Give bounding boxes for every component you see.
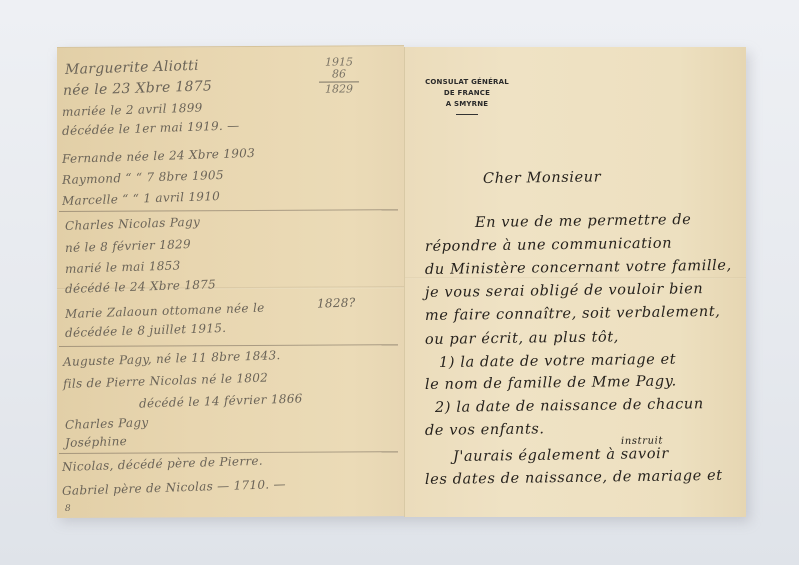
letterhead-line-3: A SMYRNE (423, 99, 511, 110)
note-line: Gabriel père de Nicolas — 1710. — (62, 477, 286, 498)
note-line: décédé le 24 Xbre 1875 (65, 277, 216, 296)
note-line: fils de Pierre Nicolas né le 1802 (63, 371, 268, 391)
note-line: Joséphine (65, 434, 127, 450)
left-page-genealogy-notes: 1915 86 1829 Marguerite Aliotti née le 2… (57, 45, 404, 518)
note-line: Charles Nicolas Pagy (65, 215, 200, 233)
note-line: Marie Zalaoun ottomane née le (65, 301, 265, 321)
calc-result: 1829 (319, 83, 359, 95)
right-page-letter: CONSULAT GÉNÉRAL DE FRANCE A SMYRNE Cher… (404, 47, 746, 517)
footnote-mark: 8 (65, 504, 71, 514)
note-line: né le 8 février 1829 (65, 237, 191, 255)
note-line: Nicolas, décédé père de Pierre. (62, 454, 263, 474)
letter-line: répondre à une communication (425, 236, 672, 255)
note-line: née le 23 Xbre 1875 (63, 78, 213, 99)
divider-rule (59, 209, 398, 212)
margin-calculation: 1915 86 1829 (319, 56, 359, 95)
calc-middle: 86 (319, 68, 359, 80)
note-line: Fernande née le 24 Xbre 1903 (62, 146, 255, 166)
note-line: Marguerite Aliotti (65, 58, 199, 78)
letter-line: J'aurais également à savoir (453, 446, 669, 465)
letter-line: me faire connaître, soit verbalement, (425, 304, 721, 324)
note-line: Auguste Pagy, né le 11 8bre 1843. (63, 348, 281, 369)
letter-line: 1) la date de votre mariage et (439, 352, 676, 371)
letter-line: de vos enfants. (425, 421, 545, 439)
letter-line: ou par écrit, au plus tôt, (425, 329, 619, 348)
letter-line: 2) la date de naissance de chacun (435, 396, 704, 416)
note-line: Marcelle “ “ 1 avril 1910 (62, 189, 220, 208)
note-line: mariée le 2 avril 1899 (62, 101, 203, 119)
divider-rule (59, 451, 398, 454)
letterhead-line-1: CONSULAT GÉNÉRAL (423, 77, 511, 88)
salutation: Cher Monsieur (483, 169, 601, 187)
letter-line: je vous serai obligé de vouloir bien (425, 281, 704, 301)
letter-line: En vue de me permettre de (475, 212, 692, 231)
margin-note: 1828? (317, 295, 356, 310)
note-line: décédée le 1er mai 1919. — (62, 118, 240, 138)
divider-rule (59, 344, 398, 347)
note-line: décédée le 8 juillet 1915. (65, 321, 227, 340)
note-line: Raymond “ “ 7 8bre 1905 (62, 168, 224, 187)
letterhead-ornament (456, 114, 478, 115)
note-line: Charles Pagy (65, 415, 149, 432)
letter-line: le nom de famille de Mme Pagy. (425, 373, 677, 393)
letter-line: du Ministère concernant votre famille, (425, 258, 732, 278)
note-line: décédé le 14 février 1866 (139, 391, 303, 410)
consulate-letterhead: CONSULAT GÉNÉRAL DE FRANCE A SMYRNE (423, 77, 511, 115)
letter-line: les dates de naissance, de mariage et (425, 468, 723, 488)
note-line: marié le mai 1853 (65, 258, 181, 276)
letterhead-line-2: DE FRANCE (423, 88, 511, 99)
